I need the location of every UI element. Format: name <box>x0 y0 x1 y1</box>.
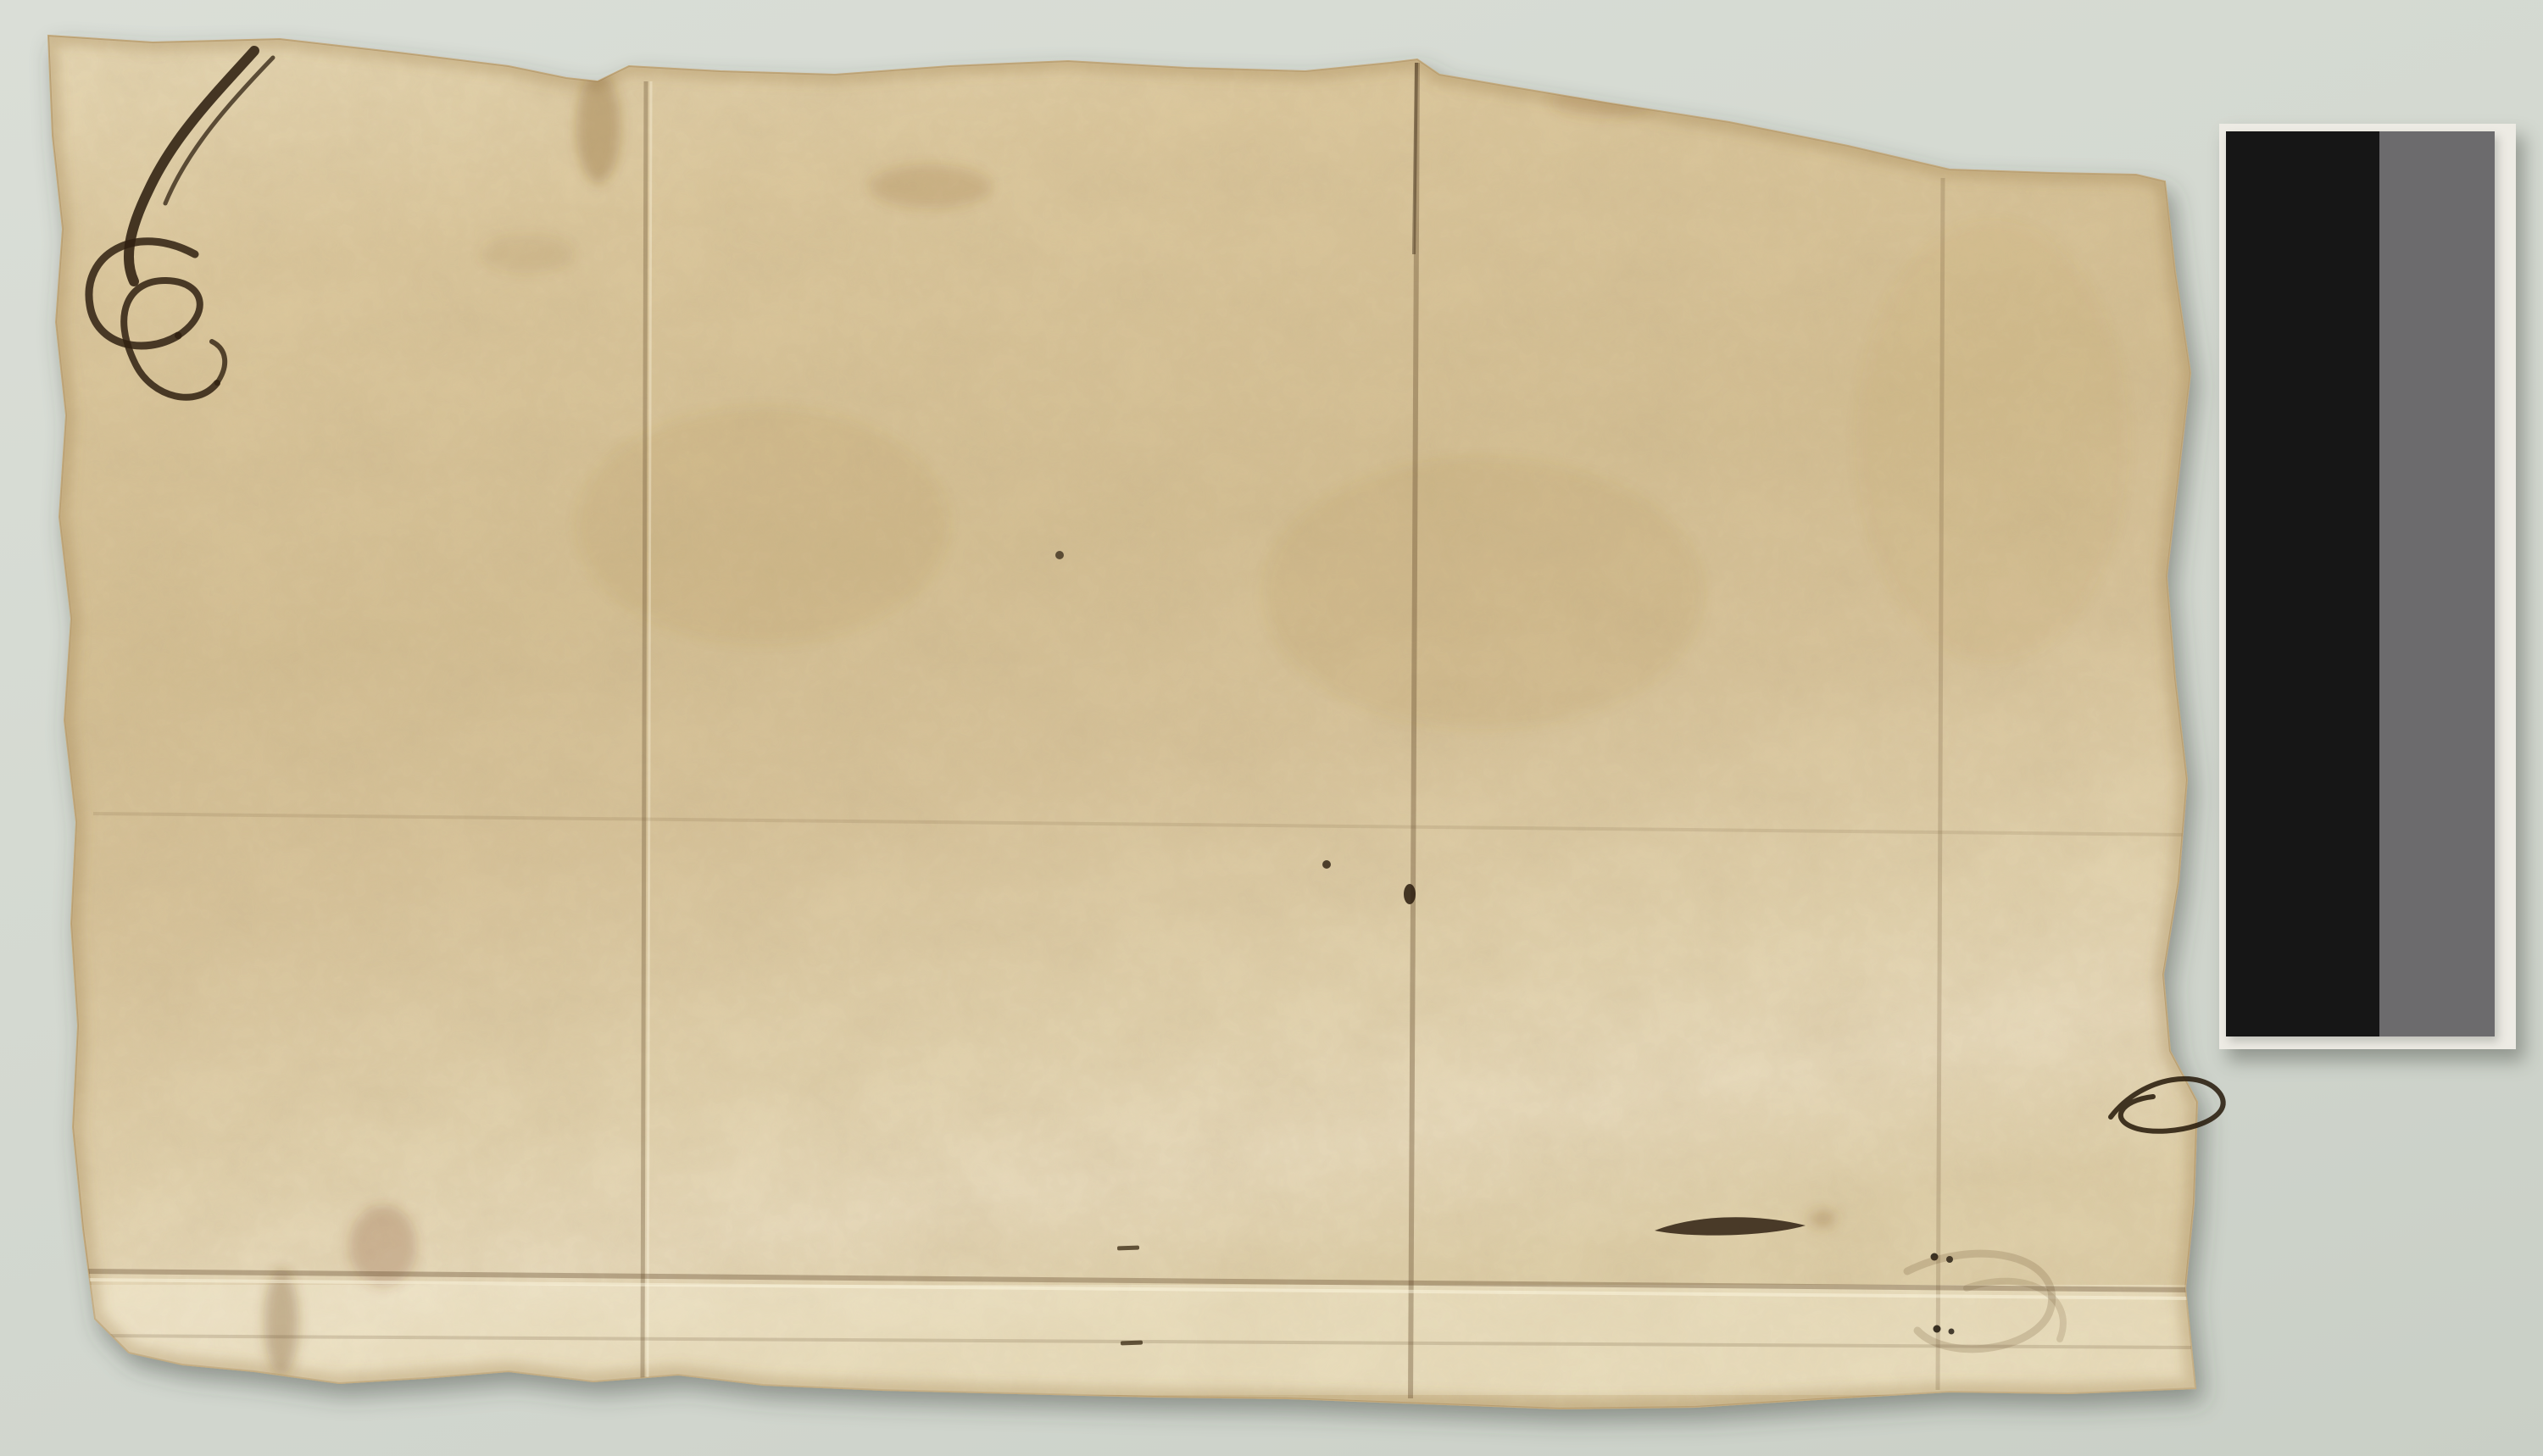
color-patch-grid <box>2226 131 2379 1036</box>
kodak-color-card <box>2226 131 2495 1036</box>
card-label-band <box>2379 131 2495 1036</box>
parchment <box>0 0 2543 1456</box>
card-ruler <box>2432 131 2495 1036</box>
photo-scene <box>0 0 2543 1456</box>
